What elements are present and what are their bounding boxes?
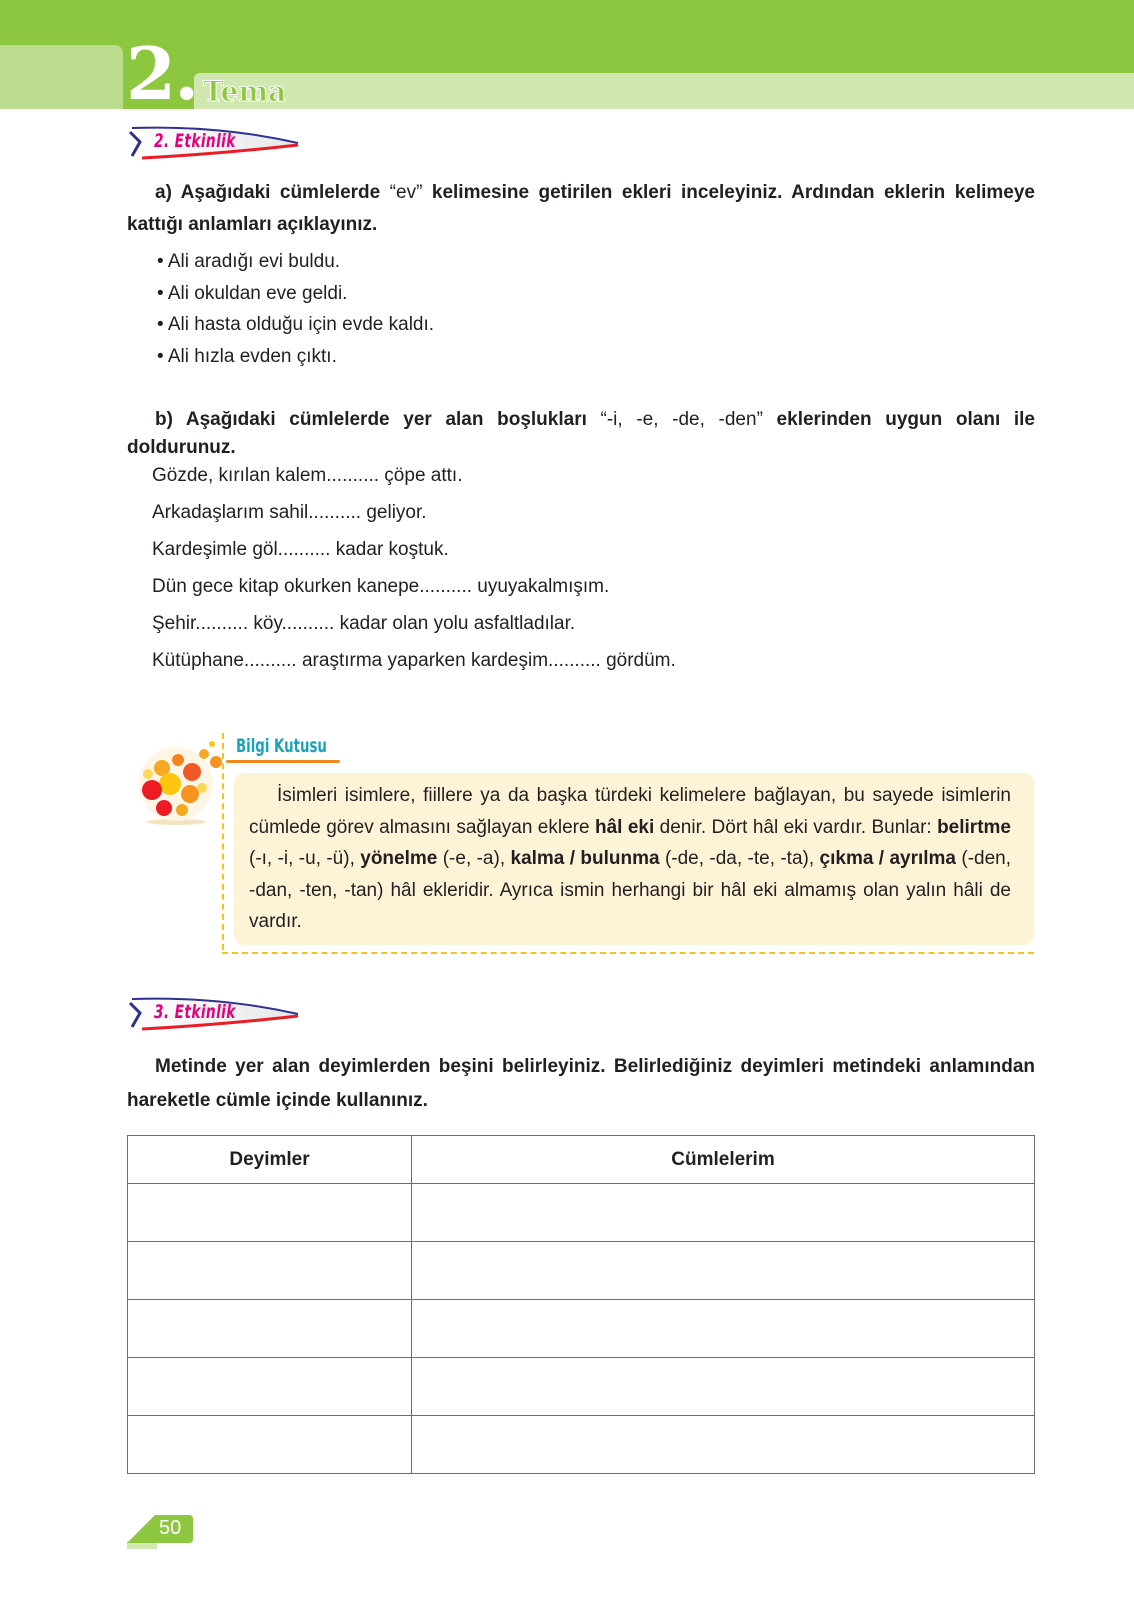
info-term: hâl eki [595, 817, 654, 838]
prompt-bold: b) Aşağıdaki cümlelerde yer alan boşlukl… [155, 409, 601, 430]
activity-2b-prompt: b) Aşağıdaki cümlelerde yer alan boşlukl… [127, 406, 1035, 462]
table-row [128, 1242, 1035, 1300]
info-term: yönelme [360, 848, 437, 869]
activity-3-badge: 3. Etkinlik [128, 995, 303, 1033]
fill-sentence: Gözde, kırılan kalem.......... çöpe attı… [152, 457, 676, 494]
fill-sentence: Dün gece kitap okurken kanepe.......... … [152, 568, 676, 605]
activity-2b-sentences: Gözde, kırılan kalem.......... çöpe attı… [152, 457, 676, 679]
fill-sentence: Şehir.......... köy.......... kadar olan… [152, 605, 676, 642]
idiom-cell[interactable] [128, 1184, 412, 1242]
info-text: denir. Dört hâl eki vardır. Bunlar: [654, 817, 937, 838]
info-text: (-e, -a), [437, 848, 510, 869]
activity-2a-sentences: • Ali aradığı evi buldu. • Ali okuldan e… [157, 246, 434, 372]
column-header-idioms: Deyimler [128, 1136, 412, 1184]
list-item: • Ali aradığı evi buldu. [157, 246, 434, 278]
info-box-text: İsimleri isimlere, fiillere ya da başka … [249, 780, 1011, 938]
info-term: belirtme [937, 817, 1011, 838]
fill-sentence: Kardeşimle göl.......... kadar koştuk. [152, 531, 676, 568]
theme-number: 2. [126, 38, 197, 110]
table-row [128, 1300, 1035, 1358]
header-title-strip [194, 73, 1134, 109]
info-text: (-ı, -i, -u, -ü), [249, 848, 360, 869]
sentence-cell[interactable] [412, 1242, 1035, 1300]
activity-3-prompt: Metinde yer alan deyimlerden beşini beli… [127, 1050, 1035, 1118]
info-text: (-de, -da, -te, -ta), [660, 848, 820, 869]
info-term: kalma / bulunma [511, 848, 660, 869]
table-row [128, 1416, 1035, 1474]
idiom-cell[interactable] [128, 1416, 412, 1474]
table-row [128, 1184, 1035, 1242]
list-item: • Ali hasta olduğu için evde kaldı. [157, 309, 434, 341]
activity-2a-prompt: a) Aşağıdaki cümlelerde “ev” kelimesine … [127, 177, 1035, 241]
info-globe-icon [132, 732, 228, 828]
list-item: • Ali okuldan eve geldi. [157, 278, 434, 310]
activity-2-title: 2. Etkinlik [154, 130, 236, 152]
idiom-cell[interactable] [128, 1300, 412, 1358]
info-term: çıkma / ayrılma [820, 848, 956, 869]
fill-sentence: Arkadaşlarım sahil.......... geliyor. [152, 494, 676, 531]
info-box-title-underline [226, 760, 340, 763]
activity-2-badge: 2. Etkinlik [128, 124, 303, 162]
activity-3-title: 3. Etkinlik [154, 1001, 236, 1023]
table-header-row: Deyimler Cümlelerim [128, 1136, 1035, 1184]
info-box-dashed-border [222, 952, 1034, 954]
header-left-tab [0, 45, 123, 109]
sentence-cell[interactable] [412, 1300, 1035, 1358]
table-row [128, 1358, 1035, 1416]
sentence-cell[interactable] [412, 1416, 1035, 1474]
column-header-sentences: Cümlelerim [412, 1136, 1035, 1184]
theme-label: Tema [203, 75, 286, 109]
fill-sentence: Kütüphane.......... araştırma yaparken k… [152, 642, 676, 679]
info-box-dashed-border [222, 733, 224, 950]
prompt-bold: a) Aşağıdaki cümlelerde [155, 182, 390, 203]
page-number: 50 [159, 1517, 181, 1540]
info-box-title: Bilgi Kutusu [236, 735, 327, 757]
idiom-cell[interactable] [128, 1358, 412, 1416]
sentence-cell[interactable] [412, 1184, 1035, 1242]
list-item: • Ali hızla evden çıktı. [157, 341, 434, 373]
idiom-cell[interactable] [128, 1242, 412, 1300]
idioms-table: Deyimler Cümlelerim [127, 1135, 1035, 1474]
prompt-quote: “-i, -e, -de, -den” [601, 409, 763, 430]
prompt-quote: “ev” [390, 182, 423, 203]
sentence-cell[interactable] [412, 1358, 1035, 1416]
page-number-badge: 50 [127, 1513, 197, 1557]
